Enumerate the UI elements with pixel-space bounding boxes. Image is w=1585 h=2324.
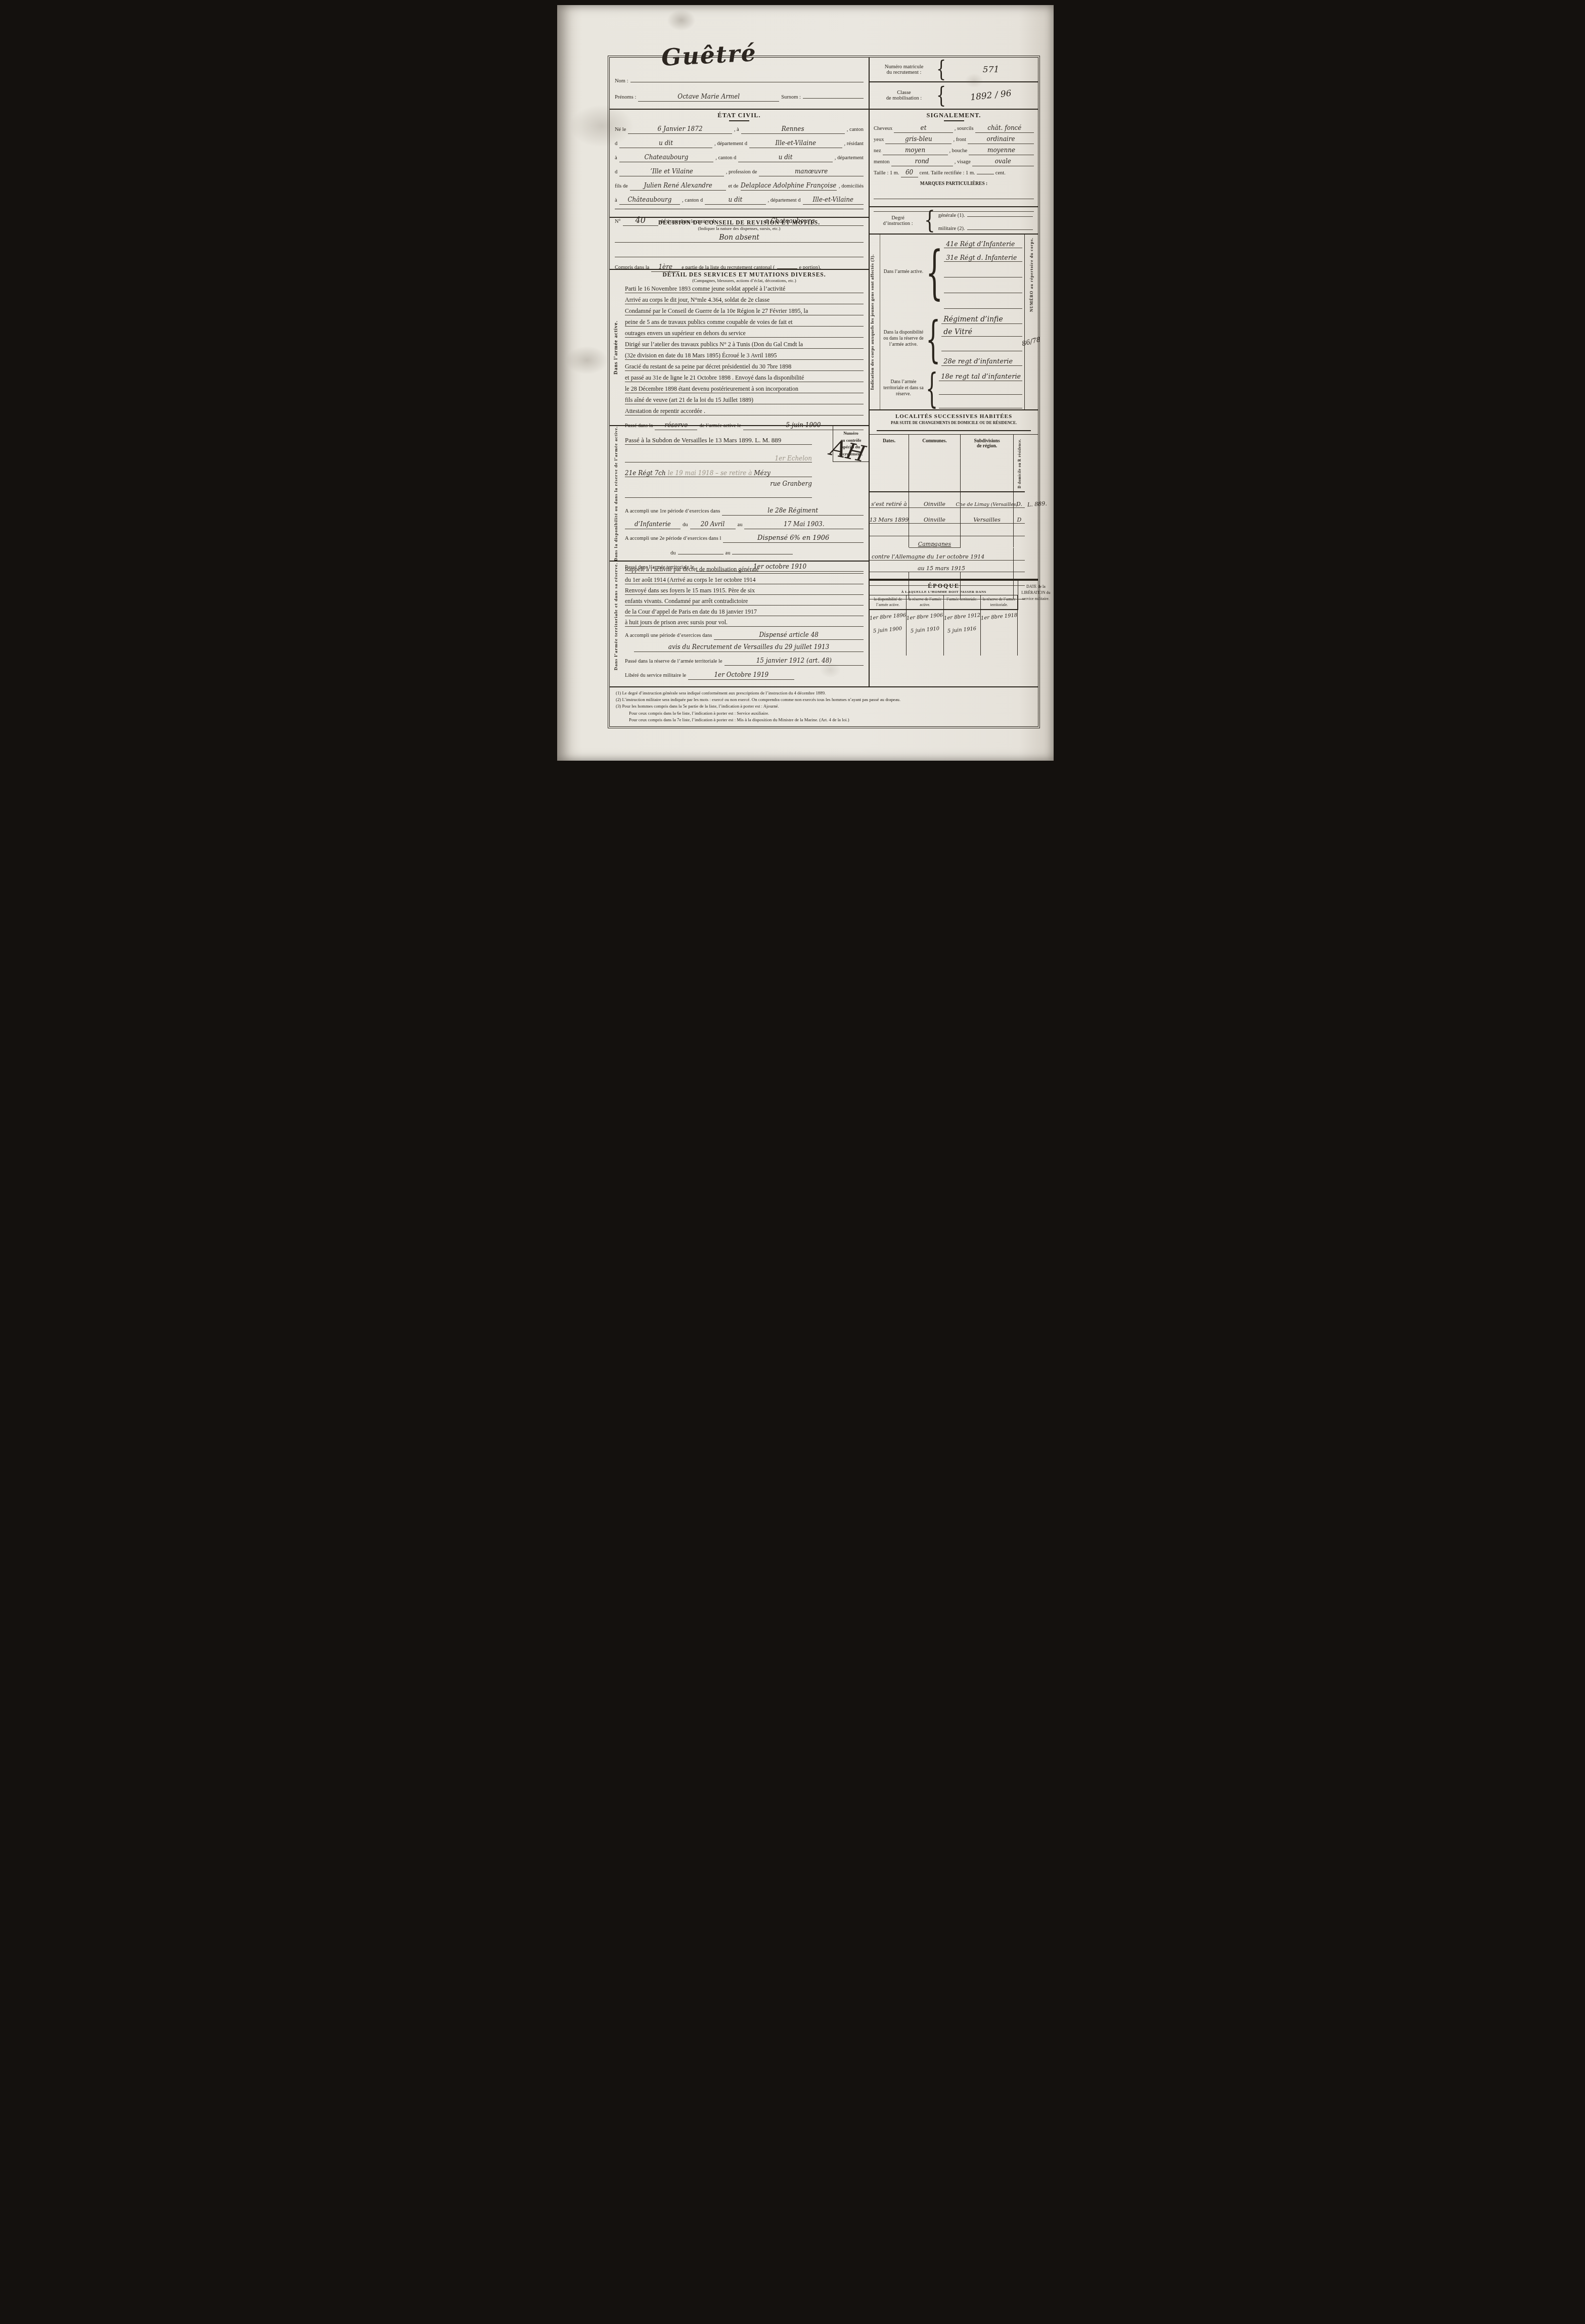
localites-section: LOCALITÉS SUCCESSIVES HABITÉES PAR SUITE… (870, 413, 1038, 580)
included-label-3: e portion). (799, 265, 822, 270)
localites-title: LOCALITÉS SUCCESSIVES HABITÉES (870, 413, 1038, 420)
service-line: outrages envers un supérieur en dehors d… (625, 330, 864, 338)
corps-active-entry: 41e Régt d’Infanterie (946, 240, 1015, 248)
footnote-3: (3) Pour les hommes compris dans la 5e p… (616, 703, 1032, 710)
blank-line (625, 487, 812, 498)
right-column: Numéro matriculedu recrutement : { 571 C… (870, 58, 1038, 686)
loc-r2-date: 13 Mars 1899 (870, 508, 909, 524)
mouth-value: moyenne (987, 147, 1015, 154)
territorial-pass-date: 1er octobre 1910 (753, 563, 806, 570)
signalement-section: SIGNALEMENT. Cheveux et , sourcils chât.… (870, 110, 1038, 207)
released-date: 1er Octobre 1919 (714, 671, 768, 678)
campagne-line-1: contre l’Allemagne du 1er octobre 1914 (870, 548, 1014, 561)
classe-value: 1892 / 96 (948, 86, 1034, 105)
birth-date: 6 Janvier 1872 (658, 125, 703, 132)
instruction-section: Degréd’instruction : { générale (1). mil… (870, 207, 1038, 235)
canton-label: , canton (847, 127, 864, 132)
footnote-2: (2) L’instruction militaire sera indiqué… (616, 696, 1032, 703)
first-period-start: 20 Avril (701, 521, 724, 528)
col-dr-header: D domicile ou R résidence. (1014, 435, 1025, 492)
territorial-period-note: avis du Recrutement de Versailles du 29 … (668, 643, 830, 650)
forehead-label: , front (953, 137, 966, 143)
classe-label: Classe (874, 90, 934, 96)
matricule-label-2: du recrutement : (874, 70, 934, 75)
mother-name: Delaplace Adolphine Françoise (741, 182, 836, 189)
firstnames-label: Prénoms : (615, 95, 636, 100)
birth-canton: u dit (659, 140, 673, 147)
divider-dash (944, 120, 964, 121)
brace-glyph: { (926, 365, 938, 412)
loc-r2-commune: Oinville (909, 508, 961, 524)
corps-dispo-entry: 28e regt d’infanterie (943, 358, 1013, 365)
loc-r1-subdiv: Cne de Limay (Versailles) (961, 492, 1014, 508)
residence-dept-label: , département (835, 155, 864, 161)
instruction-label-2: d’instruction : (875, 221, 921, 226)
loc-r1-date: s’est retiré à (870, 492, 909, 508)
height-value: 60 (905, 169, 913, 176)
department-label: , département d (714, 141, 747, 147)
revision-council-section: DÉCISION DU CONSEIL DE REVISION ET MOTIF… (610, 218, 869, 270)
classe-label-2: de mobilisation : (874, 96, 934, 101)
nose-value: moyen (905, 147, 925, 154)
service-line: le 28 Décembre 1898 étant devenu postéri… (625, 385, 864, 393)
territorial-reserve-label: Passé dans la réserve de l’armée territo… (625, 659, 722, 664)
hair-value: et (921, 124, 927, 131)
birth-place: Rennes (782, 125, 804, 132)
services-subtitle: (Campagnes, blessures, actions d’éclat, … (625, 278, 864, 283)
corps-active-label: Dans l’armée active. (882, 269, 925, 275)
hair-label: Cheveux (874, 126, 892, 131)
brace-glyph: { (936, 82, 946, 109)
decision-value: Bon absent (719, 234, 759, 242)
corps-left-rail: Indication des corps auxquels les jeunes… (870, 235, 880, 409)
territorial-period-label: A accompli une période d’exercices dans (625, 633, 712, 638)
classe-block: Classede mobilisation : { 1892 / 96 (870, 82, 1038, 110)
domiciled-label: , domiciliés (839, 183, 864, 189)
parents-canton-label: , canton d (682, 198, 703, 203)
epoque-value: 1er 8bre 1896 (870, 610, 907, 623)
corps-dispo-entry: de Vitré (943, 328, 972, 336)
profession-value: manœuvre (795, 168, 828, 175)
col-dates-header: Dates. (870, 435, 909, 492)
eyes-label: yeux (874, 137, 884, 143)
subdivision-line: Passé à la Subdon de Versailles le 13 Ma… (625, 436, 812, 445)
corps-active-entry: 31e Régt d. Infanterie (946, 254, 1017, 261)
corps-territorial-entry: 18e regt tal d’infanterie (941, 373, 1021, 381)
second-period-value: Dispensé 6% en 1906 (757, 534, 829, 542)
residence-canton: u dit (779, 154, 793, 161)
nickname-label: Surnom : (781, 95, 801, 100)
born-label: Né le (615, 127, 626, 132)
to-label-blank: au (726, 550, 731, 556)
territorial-line: enfants vivants. Condamné par arrêt cont… (625, 597, 864, 606)
second-period-label: A accompli une 2e période d’exercices da… (625, 536, 721, 541)
service-line: Arrivé au corps le dit jour, N°mle 4.364… (625, 296, 864, 304)
decision-title: DÉCISION DU CONSEIL DE REVISION ET MOTIF… (615, 220, 864, 226)
corps-territorial-group: Dans l’armée territoriale et dans sa rés… (882, 369, 1022, 408)
footnotes: (1) Le degré d’instruction générale sera… (610, 686, 1038, 726)
faded-stamp-line: 1er Echelon (625, 452, 812, 462)
decision-subtitle: (Indiquer la nature des dispenses, sursi… (615, 226, 864, 231)
loc-r2-dr: D (1014, 508, 1025, 524)
footnote-5: Pour ceux compris dans la 7e liste, l’in… (616, 717, 1032, 723)
corps-dispo-label: Dans la disponibilité ou dans la réserve… (882, 330, 925, 348)
height-rectified-label: cent. Taille rectifiée : 1 m. (920, 170, 975, 176)
col-subdiv-header: Subdivisionsde région. (961, 435, 1014, 492)
territorial-pass-label: Passé dans l’armée territoriale le (625, 565, 694, 570)
loc-r1-dr: D.L. 889. (1014, 492, 1025, 508)
localites-table: Dates. Communes. Subdivisionsde région. … (870, 434, 1038, 599)
territorial-line: à huit jours de prison avec sursis pour … (625, 619, 864, 627)
cent-label: cent. (995, 170, 1006, 176)
corps-dispo-entry: Régiment d’infie (943, 315, 1003, 323)
canton-of-label: d (615, 141, 617, 147)
corps-dispo-group: Dans la disponibilité ou dans la réserve… (882, 309, 1022, 369)
parents-at-label: à (615, 198, 617, 203)
identity-section: Guêtré Nom : Prénoms : Octave Marie Arme… (610, 58, 869, 110)
corps-section: Indication des corps auxquels les jeunes… (870, 235, 1038, 410)
face-value: ovale (995, 158, 1011, 165)
col-communes-header: Communes. (909, 435, 961, 492)
mouth-label: , bouche (949, 148, 968, 154)
service-line: Parti le 16 Novembre 1893 comme jeune so… (625, 285, 864, 293)
father-name: Julien René Alexandre (644, 182, 712, 189)
residence-department: ’Ille et Vilaine (650, 168, 693, 175)
footnote-4: Pour ceux compris dans la 6e liste, l’in… (616, 710, 1032, 717)
service-line: et passé au 31e de ligne le 21 Octobre 1… (625, 374, 864, 382)
repertoire-number: 86/78 (1021, 336, 1041, 348)
epoque-value (981, 623, 1018, 636)
record-form: Guêtré Nom : Prénoms : Octave Marie Arme… (608, 56, 1040, 728)
eyes-value: gris-bleu (905, 135, 932, 143)
loc-r1-commune: Oinville (909, 492, 961, 508)
parents-place: Châteaubourg (627, 196, 671, 203)
service-line: (32e division en date du 18 Mars 1895) É… (625, 352, 864, 360)
chin-label: menton (874, 159, 890, 165)
crossed-entry-line: 21e Régt 7ch le 19 mai 1918 – se retire … (625, 467, 812, 477)
brace-glyph: { (926, 310, 940, 367)
son-of-label: fils de (615, 183, 628, 189)
first-period-regiment-2: d’Infanterie (635, 521, 671, 528)
residence-place: Chateaubourg (644, 154, 688, 161)
eyebrows-label: , sourcils (955, 126, 974, 131)
etat-civil-section: ÉTAT CIVIL. Né le 6 Janvier 1872 , à Ren… (610, 110, 869, 218)
brace-glyph: { (936, 56, 946, 83)
included-label: Compris dans la (615, 265, 649, 270)
service-line: Attestation de repentir accordée . (625, 407, 864, 415)
service-line: fils aîné de veuve (art 21 de la loi du … (625, 396, 864, 404)
epoque-value: 5 juin 1900 (870, 623, 907, 636)
from-label: du (683, 522, 688, 528)
services-section: Dans l’armée active. DÉTAIL DES SERVICES… (610, 270, 869, 426)
service-line: Condamné par le Conseil de Guerre de la … (625, 307, 864, 315)
divider-dash (729, 120, 749, 121)
from-label-blank: du (670, 550, 676, 556)
footnote-1: (1) Le degré d’instruction générale sera… (616, 690, 1032, 696)
dept3-prefix: d (615, 169, 617, 175)
to-label: au (738, 522, 743, 528)
forehead-value: ordinaire (987, 135, 1015, 143)
services-title: DÉTAIL DES SERVICES ET MUTATIONS DIVERSE… (625, 272, 864, 278)
military-instruction-label: militaire (2). (938, 226, 965, 231)
territorial-section: Dans l’armée territoriale et dans sa rés… (610, 562, 869, 671)
instruction-label: Degré (875, 215, 921, 221)
eyebrows-value: chât. foncé (987, 124, 1021, 131)
face-label: , visage (955, 159, 971, 165)
territorial-rail: Dans l’armée territoriale et dans sa rés… (610, 562, 622, 671)
brace-glyph: { (924, 207, 935, 235)
matricule-value: 571 (948, 65, 1034, 75)
released-label: Libéré du service militaire le (625, 673, 686, 678)
residence-at-label: à (615, 155, 617, 161)
marks-label: MARQUES PARTICULIÈRES : (874, 181, 1034, 187)
first-period-end: 17 Mai 1903. (784, 521, 825, 528)
territorial-line: de la Cour d’appel de Paris en date du 1… (625, 608, 864, 616)
epoque-value: 5 juin 1916 (944, 623, 981, 636)
loc-r2-subdiv: Versailles (961, 508, 1014, 524)
list-part-value: 1ère (658, 263, 672, 270)
residing-label: , résidant (844, 141, 864, 147)
service-line: Gracié du restant de sa peine par décret… (625, 363, 864, 371)
epoque-value: 1er 8bre 1912 (944, 610, 981, 623)
territorial-reserve-date: 15 janvier 1912 (art. 48) (756, 657, 832, 664)
residence-canton-label: , canton d (715, 155, 736, 161)
name-row: Guêtré Nom : (615, 60, 864, 85)
surname-line (630, 76, 864, 82)
parents-canton: u dit (728, 196, 742, 203)
included-label-2: e partie de la liste du recrutement cant… (682, 265, 775, 270)
signalement-title: SIGNALEMENT. (874, 112, 1034, 119)
firstname-row: Prénoms : Octave Marie Armel Surnom : (615, 92, 864, 102)
repertoire-rail-label: NUMÉRO au répertoire du corps. (1029, 238, 1034, 312)
territorial-period-value: Dispensé article 48 (759, 631, 819, 638)
left-column: Guêtré Nom : Prénoms : Octave Marie Arme… (610, 58, 870, 686)
surname-label: Nom : (615, 78, 628, 84)
firstnames-value: Octave Marie Armel (677, 93, 740, 100)
matricule-block: Numéro matriculedu recrutement : { 571 (870, 58, 1038, 82)
general-instruction-label: générale (1). (938, 213, 965, 218)
first-period-regiment: le 28e Régiment (767, 507, 818, 514)
first-period-label: A accompli une 1re période d’exercices d… (625, 508, 720, 514)
parents-dept-label: , département d (768, 198, 801, 203)
disponibilite-section: Dans la disponibilité ou dans la réserve… (610, 426, 869, 562)
epoque-value: 1er 8bre 1906 (907, 610, 943, 623)
at-label: , à (734, 127, 739, 132)
campagne-line-2: au 15 mars 1915 (870, 561, 1014, 572)
disponibilite-rail: Dans la disponibilité ou dans la réserve… (610, 426, 622, 561)
etat-civil-title: ÉTAT CIVIL. (615, 112, 864, 119)
localites-subtitle: PAR SUITE DE CHANGEMENTS DE DOMICILE OU … (870, 421, 1038, 425)
territorial-line: Renvoyé dans ses foyers le 15 mars 1915.… (625, 587, 864, 595)
profession-label: , profession de (726, 169, 757, 175)
parents-department: Ille-et-Vilaine (812, 196, 853, 203)
birth-department: Ille-et-Vilaine (775, 140, 816, 147)
margin-note: L. 889. (1027, 500, 1048, 508)
corps-territorial-label: Dans l’armée territoriale et dans sa rés… (882, 380, 925, 398)
surname-handwritten: Guêtré (661, 39, 757, 71)
chin-value: rond (915, 158, 929, 165)
service-line: Dirigé sur l’atelier des travaux publics… (625, 341, 864, 349)
service-line: peine de 5 ans de travaux publics comme … (625, 318, 864, 327)
corps-right-rail: NUMÉRO au répertoire du corps. 86/78 (1024, 235, 1038, 409)
paper-page: Guêtré Nom : Prénoms : Octave Marie Arme… (557, 5, 1054, 761)
street-line: rue Granberg (625, 477, 832, 487)
swash-rule (877, 426, 1031, 431)
corps-active-group: Dans l’armée active. { 41e Régt d’Infant… (882, 236, 1022, 309)
brace-glyph: { (926, 239, 943, 306)
form-columns: Guêtré Nom : Prénoms : Octave Marie Arme… (610, 58, 1038, 686)
epoque-value: 5 juin 1910 (907, 623, 943, 636)
epoque-value: 1er 8bre 1918 (981, 610, 1018, 623)
scanned-military-record: Guêtré Nom : Prénoms : Octave Marie Arme… (528, 0, 1057, 775)
campagnes-heading: Campagnes (909, 536, 961, 548)
and-of-label: et de (728, 183, 738, 189)
active-army-rail: Dans l’armée active. (610, 270, 622, 425)
matricule-label: Numéro matricule (874, 64, 934, 70)
nose-label: nez (874, 148, 881, 154)
height-label: Taille : 1 m. (874, 170, 899, 176)
territorial-line: du 1er août 1914 (Arrivé au corps le 1er… (625, 576, 864, 584)
